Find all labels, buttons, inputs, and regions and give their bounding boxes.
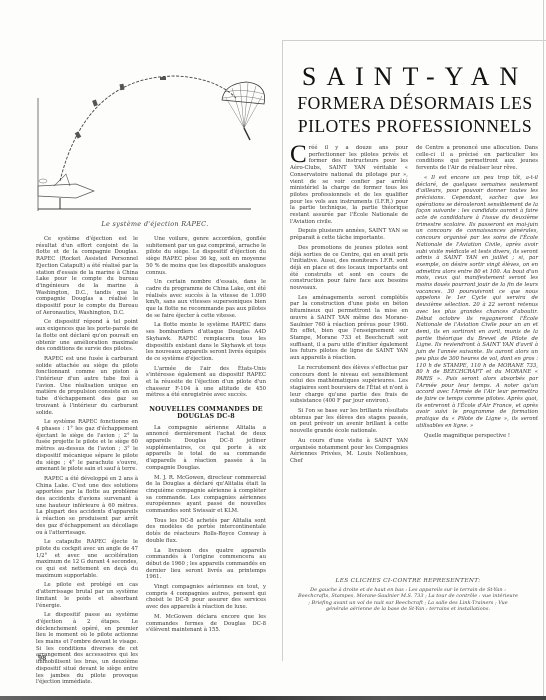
paragraph: Les aménagements seront complétés par la… (290, 295, 408, 362)
paragraph: Ce système d'éjection est le résultat d'… (36, 236, 138, 316)
paragraph: Le dispositif passe au système d'éjectio… (36, 612, 138, 686)
paragraph: Ce dispositif répond à tel point aux exi… (36, 319, 138, 353)
article-column-left-b: Une voilure, genre accordéon, gonflée su… (146, 236, 266, 637)
paragraph: Un certain nombre d'essais, dans le cadr… (146, 279, 266, 319)
paragraph: La flotte monte le système RAPEC dans se… (146, 322, 266, 362)
paragraph: Des promotions de jeunes pilotes sont dé… (290, 245, 408, 292)
paragraph: Depuis plusieurs années, SAINT YAN se pr… (290, 228, 408, 241)
paragraph: La compagnie aérienne Alitalia a annoncé… (146, 425, 266, 472)
paragraph: Le système RAPEC fonctionne en 4 phases … (36, 419, 138, 473)
paragraph: RAPEC est une fusée à carburant solide a… (36, 356, 138, 416)
paragraph: M. J. R. McGowen, directeur commercial d… (146, 475, 266, 515)
article-column-right-a: Créé il y a douze ans pour perfectionner… (290, 145, 408, 468)
paragraph: Le catapulte RAPEC éjecte le pilote du c… (36, 539, 138, 579)
paragraph: L'armée de l'air des États-Unis s'intére… (146, 366, 266, 400)
magazine-page: Le système d'éjection RAPEC. Ce système … (0, 0, 546, 700)
trajectory-illustration (36, 36, 266, 211)
ejection-diagram (36, 36, 266, 211)
paragraph: La livraison des quatre appareils comman… (146, 548, 266, 582)
headline-title: SAINT-YAN (290, 62, 540, 92)
page-number: 98 (38, 655, 46, 662)
paragraph: Vingt compagnies aériennes en tout, y co… (146, 584, 266, 611)
headline-subtitle-line1: FORMERA DÉSORMAIS LES (290, 93, 540, 114)
page-edge-line (543, 0, 544, 696)
article-column-right-b: de Centre a prononcé une allocution. Dan… (416, 145, 538, 442)
paragraph: Une voilure, genre accordéon, gonflée su… (146, 236, 266, 276)
lead-text: réé il y a douze ans pour perfectionner … (290, 145, 408, 225)
paragraph: Le recrutement des élèves s'effectue par… (290, 365, 408, 405)
paragraph: M. McGowen déclara encore que les comman… (146, 614, 266, 634)
photo-caption: LES CLICHES CI-CONTRE REPRESENTENT: De g… (298, 578, 518, 612)
paragraph: de Centre a prononcé une allocution. Dan… (416, 145, 538, 172)
paragraph: Au cours d'une visite à SAINT YAN organi… (290, 438, 408, 465)
lead-paragraph: Créé il y a douze ans pour perfectionner… (290, 145, 408, 225)
closing-line: Quelle magnifique perspective ! (416, 433, 538, 440)
paragraph: Tous les DC-8 achetés par Alitalia sont … (146, 518, 266, 545)
drop-cap: C (290, 145, 307, 165)
photo-caption-text: De gauche à droite et de haut en bas : L… (298, 587, 518, 612)
paragraph: Si l'on se base sur les brillants résult… (290, 408, 408, 435)
scan-bottom-edge (0, 696, 546, 700)
paragraph: RAPEC a été développé en 2 ans à China L… (36, 476, 138, 536)
section-subheading: NOUVELLES COMMANDES DE DOUGLAS DC-8 (146, 407, 266, 420)
headline-subtitle-line2: PILOTES PROFESSIONNELS (290, 116, 540, 137)
quote-paragraph: « Il est encore un peu trop tôt, a-t-il … (416, 175, 538, 430)
paragraph: Le pilote est protégé en cas d'atterriss… (36, 582, 138, 609)
figure-caption: Le système d'éjection RAPEC. (40, 220, 270, 228)
article-column-left-a: Ce système d'éjection est le résultat d'… (36, 236, 138, 689)
photo-caption-title: LES CLICHES CI-CONTRE REPRESENTENT: (298, 578, 518, 584)
